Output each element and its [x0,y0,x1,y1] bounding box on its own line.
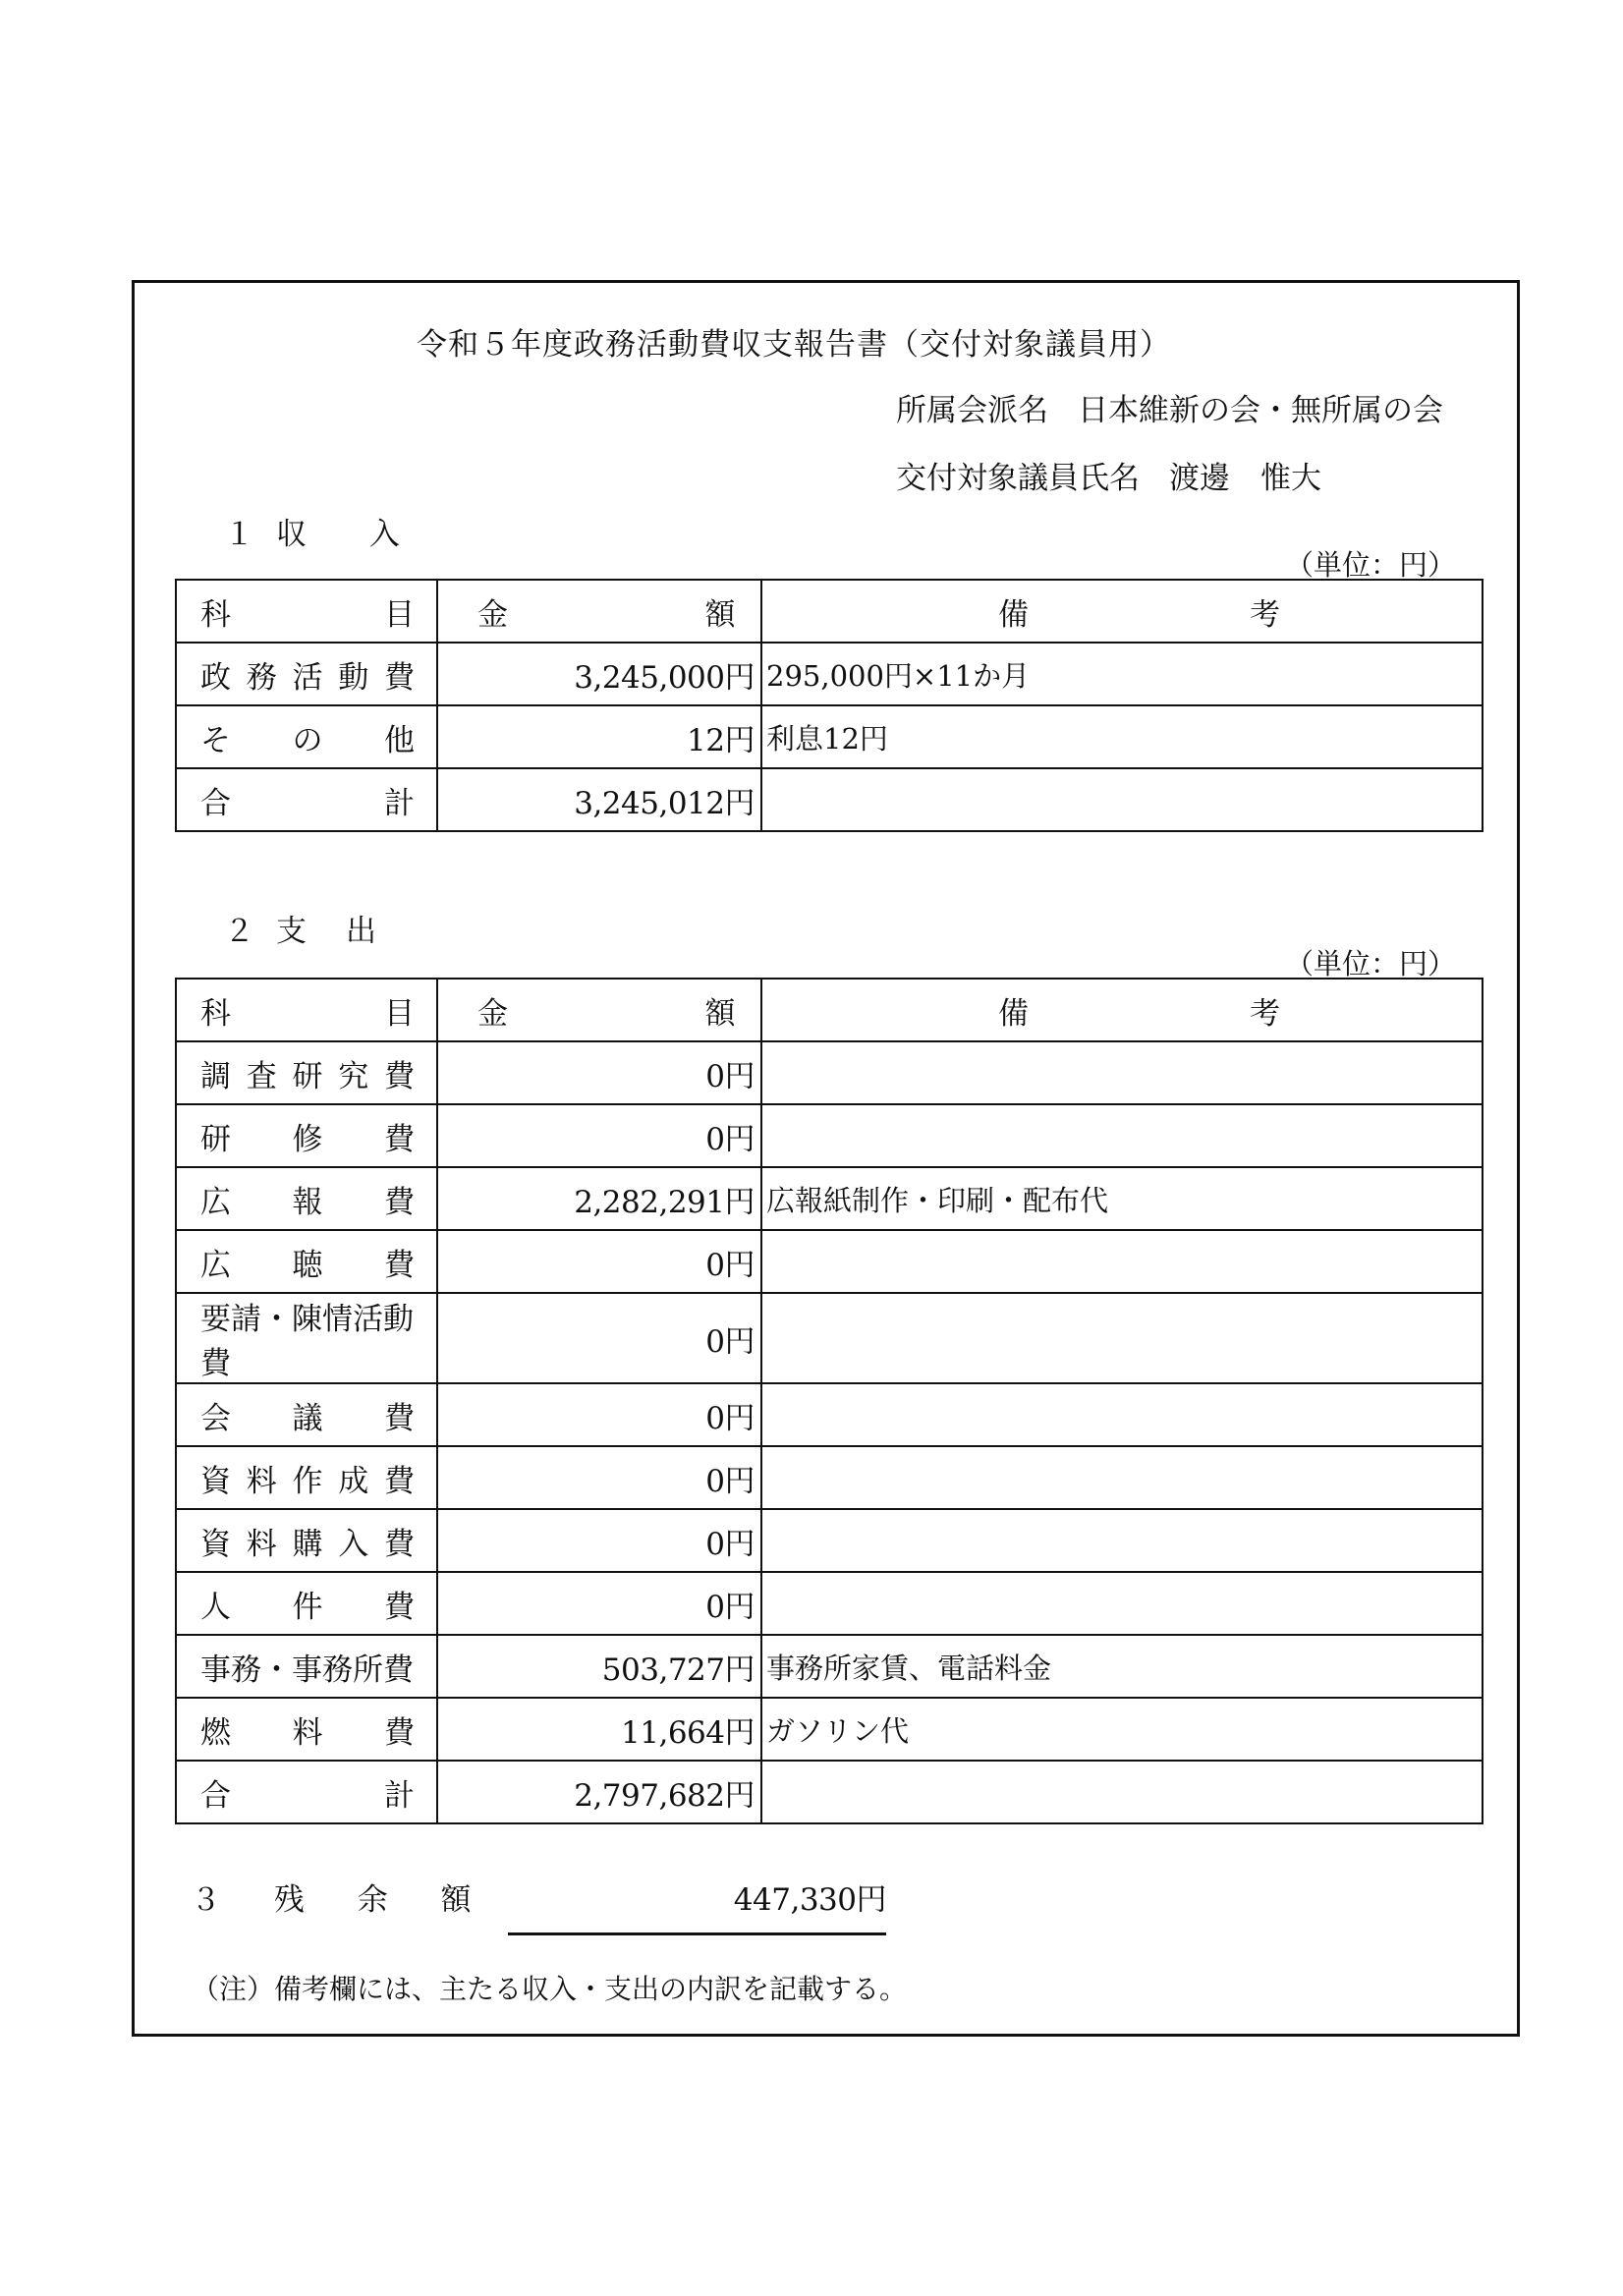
row-item: 調査研究費 [176,1041,437,1104]
table-row: 要請・陳情活動費 0円 [176,1293,1483,1383]
row-item: その他 [176,705,437,768]
income-table: 科目 金額 備考 政務活動費 3,245,000円 295,000円×11か月 … [175,579,1483,832]
balance-section: ３ 残 余 額 447,330円 [191,1875,493,1919]
balance-label: ３ 残 余 額 [191,1875,493,1919]
row-amount: 0円 [437,1041,761,1104]
row-amount: 0円 [437,1293,761,1383]
row-notes [761,1230,1483,1293]
row-amount: 3,245,000円 [437,643,761,705]
row-amount: 3,245,012円 [437,768,761,831]
row-amount: 0円 [437,1383,761,1446]
header-notes: 備考 [761,580,1483,643]
table-row: 燃料費 11,664円 ガソリン代 [176,1698,1483,1761]
row-notes: 295,000円×11か月 [761,643,1483,705]
faction-value: 日本維新の会・無所属の会 [1078,393,1443,428]
header-item: 科目 [176,580,437,643]
row-notes [761,1509,1483,1572]
row-amount: 12円 [437,705,761,768]
row-amount: 0円 [437,1230,761,1293]
table-row: その他 12円 利息12円 [176,705,1483,768]
row-notes [761,1761,1483,1823]
row-item: 研修費 [176,1104,437,1167]
table-row: 広報費 2,282,291円 広報紙制作・印刷・配布代 [176,1167,1483,1230]
header-item: 科目 [176,979,437,1041]
row-amount: 0円 [437,1446,761,1509]
table-total-row: 合計 2,797,682円 [176,1761,1483,1823]
expenditure-unit-label: （単位：円） [1285,942,1456,982]
table-row: 人件費 0円 [176,1572,1483,1635]
row-amount: 0円 [437,1572,761,1635]
expenditure-heading: ２支出 [224,906,376,950]
row-notes: 利息12円 [761,705,1483,768]
row-notes [761,768,1483,831]
header-amount: 金額 [437,580,761,643]
header-notes: 備考 [761,979,1483,1041]
row-item: 広報費 [176,1167,437,1230]
income-heading: １収入 [224,509,400,553]
row-amount: 2,282,291円 [437,1167,761,1230]
faction-line: 所属会派名日本維新の会・無所属の会 [896,385,1443,429]
table-row: 調査研究費 0円 [176,1041,1483,1104]
row-notes [761,1446,1483,1509]
row-notes: ガソリン代 [761,1698,1483,1761]
income-unit-label: （単位：円） [1285,543,1456,584]
row-item: 合計 [176,1761,437,1823]
member-value: 渡邊 惟大 [1169,461,1321,496]
balance-value: 447,330円 [508,1875,886,1935]
row-amount: 503,727円 [437,1635,761,1698]
table-row: 事務・事務所費 503,727円 事務所家賃、電話料金 [176,1635,1483,1698]
row-item: 要請・陳情活動費 [176,1293,437,1383]
table-row: 政務活動費 3,245,000円 295,000円×11か月 [176,643,1483,705]
row-item: 資料作成費 [176,1446,437,1509]
table-row: 会議費 0円 [176,1383,1483,1446]
row-notes [761,1104,1483,1167]
row-notes: 事務所家賃、電話料金 [761,1635,1483,1698]
row-item: 政務活動費 [176,643,437,705]
row-item: 燃料費 [176,1698,437,1761]
row-amount: 0円 [437,1104,761,1167]
row-item: 広聴費 [176,1230,437,1293]
table-row: 研修費 0円 [176,1104,1483,1167]
row-notes: 広報紙制作・印刷・配布代 [761,1167,1483,1230]
row-amount: 2,797,682円 [437,1761,761,1823]
row-item: 合計 [176,768,437,831]
report-title: 令和５年度政務活動費収支報告書（交付対象議員用） [0,319,1623,364]
expenditure-table: 科目 金額 備考 調査研究費 0円 研修費 0円 広報費 2,282,291円 … [175,978,1483,1824]
member-line: 交付対象議員氏名渡邊 惟大 [896,453,1321,497]
row-item: 人件費 [176,1572,437,1635]
row-item: 資料購入費 [176,1509,437,1572]
member-label: 交付対象議員氏名 [896,461,1140,496]
table-header-row: 科目 金額 備考 [176,580,1483,643]
footnote: （注）備考欄には、主たる収入・支出の内訳を記載する。 [192,1968,907,2007]
table-header-row: 科目 金額 備考 [176,979,1483,1041]
row-amount: 0円 [437,1509,761,1572]
table-row: 広聴費 0円 [176,1230,1483,1293]
row-item: 会議費 [176,1383,437,1446]
row-notes [761,1572,1483,1635]
faction-label: 所属会派名 [896,393,1048,428]
row-item: 事務・事務所費 [176,1635,437,1698]
row-notes [761,1293,1483,1383]
row-notes [761,1383,1483,1446]
row-notes [761,1041,1483,1104]
header-amount: 金額 [437,979,761,1041]
table-total-row: 合計 3,245,012円 [176,768,1483,831]
row-amount: 11,664円 [437,1698,761,1761]
table-row: 資料購入費 0円 [176,1509,1483,1572]
table-row: 資料作成費 0円 [176,1446,1483,1509]
